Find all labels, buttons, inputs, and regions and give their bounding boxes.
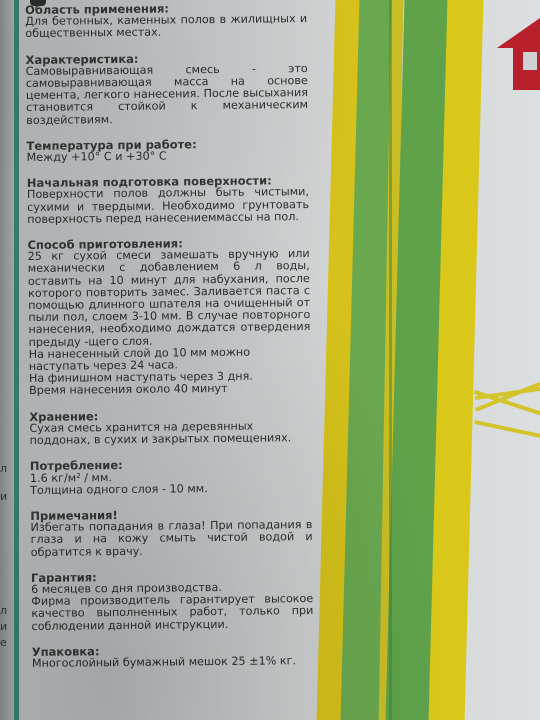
house-logo-icon — [497, 18, 540, 94]
section-surface-prep: Начальная подготовка поверхности: Поверх… — [27, 174, 309, 226]
section-application: Область применения: Для бетонных, каменн… — [25, 1, 307, 41]
section-characteristics: Характеристика: Самовыравнивающая смесь … — [26, 51, 309, 127]
section-text: Для бетонных, каменных полов в жилищных … — [25, 13, 307, 40]
edge-text-fragment: е — [0, 636, 10, 650]
section-storage: Хранение: Сухая смесь хранится на деревя… — [29, 408, 311, 448]
section-text: Избегать попадания в глаза! При попадани… — [30, 519, 312, 559]
section-consumption: Потребление: 1.6 кг/м² / мм. Толщина одн… — [30, 457, 312, 497]
section-text: Время нанесения около 40 минут — [29, 383, 311, 398]
teal-rule-line — [14, 0, 19, 720]
edge-text-fragment: и — [0, 490, 10, 504]
section-text: Сухая смесь хранится на деревянных поддо… — [29, 420, 311, 447]
section-packaging: Упаковка: Многослойный бумажный мешок 25… — [32, 643, 314, 670]
section-warranty: Гарантия: 6 месяцев со дня производства.… — [31, 569, 314, 633]
section-text: Самовыравнивающая смесь - это самовыравн… — [26, 63, 309, 127]
section-temperature: Температура при работе: Между +10° С и +… — [26, 137, 308, 164]
section-text: Фирма производитель гарантирует высокое … — [31, 593, 313, 633]
bag-fold-crease — [389, 0, 392, 720]
section-text: Поверхности полов должны быть чистыми, с… — [27, 186, 309, 226]
section-text: На нанесенный слой до 10 мм можно наступ… — [29, 346, 311, 373]
instruction-text-column: Область применения: Для бетонных, каменн… — [25, 1, 314, 683]
edge-text-fragment: л — [0, 604, 10, 618]
yellow-line-pattern — [475, 380, 540, 435]
section-text: 25 кг сухой смеси замешать вручную или м… — [28, 248, 311, 349]
section-text: Толщина одного слоя - 10 мм. — [30, 482, 312, 497]
section-notes: Примечания! Избегать попадания в глаза! … — [30, 507, 312, 559]
section-preparation: Способ приготовления: 25 кг сухой смеси … — [27, 236, 311, 398]
edge-text-fragment: л — [0, 462, 10, 476]
section-text: Многослойный бумажный мешок 25 ±1% кг. — [32, 655, 314, 670]
edge-text-fragment: и — [0, 620, 10, 634]
